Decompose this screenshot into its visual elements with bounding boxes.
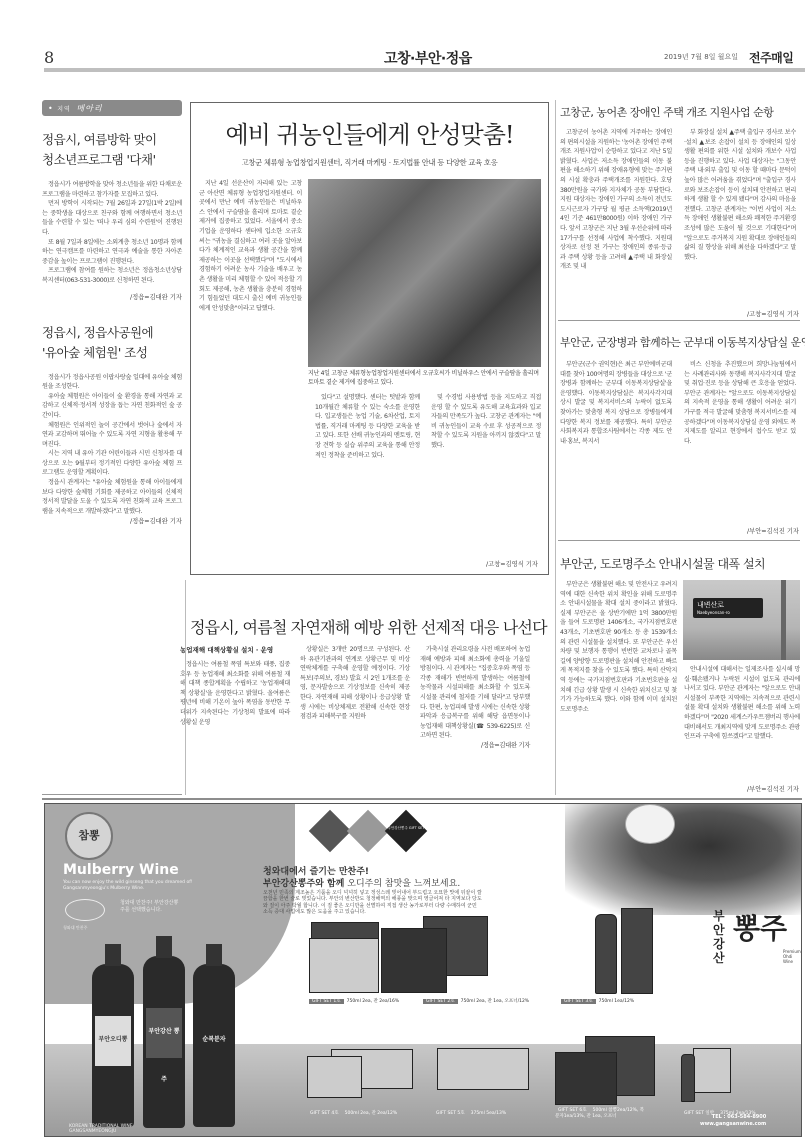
- featured-subheadline: 고창군 체류형 농업창업지원센터, 직거래 마케팅 · 토지법률 안내 등 다양…: [191, 158, 548, 168]
- gift-box: [309, 938, 379, 993]
- wine-bottle: 부안오디뽕: [92, 964, 134, 1127]
- article-body: 정읍시가 정읍사공원 이팝사랑숲 일대에 유아숲 체험원을 조성한다. 유아숲 …: [42, 373, 182, 517]
- brand-tagline: You can now enjoy the wild ginseng that …: [63, 880, 223, 892]
- article-column: 부 화장실 설치 ▲주택 출입구 경사로 보수·설치 ▲보조 손잡이 설치 등 …: [684, 128, 796, 308]
- berry-diamond-icon: [309, 810, 351, 852]
- article-column: 지난 4일 선운산이 자리해 있는 고창군 아산면 체류형 농업창업지원센터. …: [199, 179, 302, 384]
- article-column: 안내시설에 대해서는 일제조사를 실시해 망실·훼손됐거나 누락된 시설이 없도…: [684, 665, 800, 783]
- berry-diamond-icon: [347, 810, 389, 852]
- section-rule: [42, 798, 802, 800]
- gift-box: [307, 1056, 362, 1098]
- gift-set-label: GIFT SET 3호750ml 1ea/12%: [561, 998, 634, 1004]
- gift-set-label: GIFT SET 5호375ml 5ea/13%: [433, 1110, 506, 1116]
- article-column: 가축시설 관리요령을 사전 배포하여 농업재해 예방과 피해 최소화에 총력을 …: [420, 645, 530, 751]
- wine-bottle: [595, 914, 617, 994]
- page-header: 8 고창·부안·정읍 2019년 7월 8일 월요일 전주매일: [44, 40, 805, 68]
- newspaper-name: 전주매일: [749, 49, 793, 66]
- byline: /정읍=김대완 기자: [42, 516, 182, 525]
- byline: /부안=김석진 기자: [684, 784, 799, 793]
- page-number: 8: [44, 48, 54, 67]
- gift-set-label: GIFT SET 2호750ml 2ea, 잔 1ea, 오프너/12%: [423, 998, 529, 1004]
- ad-body: 오천년 민족의 계조높은 기품을 오디 넉넉히 넣고 정성스레 빚어내어 부드럽…: [263, 890, 483, 915]
- gift-set-label: GIFT SET 1호750ml 2ea, 잔 2ea/16%: [309, 998, 399, 1004]
- brand-name: Mulberry Wine: [63, 862, 179, 878]
- gift-set-label: GIFT SET 6호500ml 참뽕2ea/12%, 복분자1ea/13%, …: [555, 1108, 645, 1120]
- ad-subtitle: 부안강산뽕주와 함께 오디주의 참맛을 느껴보세요.: [263, 876, 460, 889]
- article-column: 및 수경법 사용방법 등을 지도하고 직접 운영 할 수 있도록 유도해 교육효…: [431, 393, 541, 558]
- byline: /정읍=김대완 기자: [420, 741, 530, 751]
- wine-bottle: 부안강산 뽕주: [143, 956, 185, 1128]
- article-column: 부안군(군수 권익현)은 최근 부안예비군대대를 찾아 100여명의 장병들을 …: [560, 360, 672, 535]
- region-tag: • 지역 메아리: [42, 100, 182, 116]
- article-column: [199, 393, 302, 573]
- publication-date: 2019년 7월 8일 월요일: [664, 52, 738, 62]
- gift-set-badge: [385, 810, 427, 852]
- divider: [42, 794, 182, 795]
- byline: /고창=김영식 기자: [684, 309, 799, 318]
- mascot-icon: [625, 804, 675, 844]
- article-subhead: 농업재해 대책상황실 설치 · 운영: [180, 645, 290, 654]
- gift-box: [437, 1048, 529, 1090]
- byline: /고창=김영식 기자: [486, 559, 538, 568]
- region-tag-label: 메아리: [76, 104, 102, 113]
- gift-box: [693, 1048, 731, 1093]
- featured-article: 예비 귀농인들에게 안성맞춤! 고창군 체류형 농업창업지원센터, 직거래 마케…: [190, 102, 549, 575]
- article-body: 정읍시가 여름방학을 맞아 청소년들을 위한 다채로운 프로그램을 마련하고 참…: [42, 180, 182, 286]
- maker-logo: KOREAN TRADITIONAL WINE GANGSANMYEONGJU: [69, 1124, 133, 1134]
- article-headline: 정읍시, 정읍사공원에 '유아숲 체험원' 조성: [42, 323, 182, 363]
- greenhouse-photo: [308, 179, 541, 367]
- brand-logo: 참뽕: [65, 812, 113, 860]
- column-divider: [555, 100, 556, 795]
- featured-headline: 예비 귀농인들에게 안성맞춤!: [191, 115, 548, 150]
- header-rule: [44, 68, 805, 72]
- website-link[interactable]: www.gangsanwine.com: [700, 1121, 766, 1128]
- wine-advertisement: 참뽕 Mulberry Wine You can now enjoy the w…: [44, 803, 802, 1137]
- article-headline: 정읍시, 여름철 자연재해 예방 위한 선제적 대응 나선다: [190, 615, 560, 638]
- article-headline: 정읍시, 여름방학 맞이 청소년프로그램 '다채': [42, 130, 182, 170]
- column-divider: [185, 580, 186, 795]
- article-column: 상황실은 3개반 20명으로 구성된다. 산하 유관기관과의 연계로 상황근무 …: [300, 645, 410, 722]
- gift-box: [381, 928, 447, 993]
- article-headline: 부안군, 도로명주소 안내시설물 대폭 설치: [560, 555, 800, 572]
- photo-caption: 지난 4일 고창군 체류형농업창업지원센터에서 오규호씨가 비닐하우스 안에서 …: [308, 369, 541, 387]
- blue-house-icon: [65, 899, 105, 921]
- gift-box: [555, 1052, 617, 1105]
- left-column: • 지역 메아리 정읍시, 여름방학 맞이 청소년프로그램 '다채' 정읍시가 …: [42, 100, 182, 525]
- wine-bottle: [681, 1054, 695, 1102]
- section-title: 고창·부안·정읍: [384, 48, 472, 68]
- road-sign-photo: 내변산로 Naebyeonsan-ro: [683, 580, 800, 660]
- road-sign: 내변산로 Naebyeonsan-ro: [693, 598, 763, 618]
- divider: [558, 320, 800, 321]
- divider: [558, 540, 800, 541]
- article-column: 고창군이 농어촌 지역에 거주하는 장애인의 편의시설을 지원하는 '농어촌 장…: [560, 128, 672, 318]
- gift-bag: [621, 908, 653, 994]
- bullet-icon: •: [48, 104, 57, 113]
- article-headline: 고창군, 농어촌 장애인 주택 개조 지원사업 순항: [560, 104, 800, 120]
- mulberry-photo: [565, 803, 802, 915]
- article-column: 비스 신청을 추진했으며 희망나눔팀에서는 사례관리사와 동행해 복지사각지대 …: [684, 360, 796, 525]
- calligraphy-logo: 부안강산 뽕주: [733, 914, 787, 944]
- article-column: 있다"고 설명했다. 센터는 텃밭과 함께 10개월간 체류할 수 있는 숙소를…: [315, 393, 420, 568]
- article-column: 농업재해 대책상황실 설치 · 운영 정읍시는 여름철 폭염 특보와 태풍, 집…: [180, 645, 290, 727]
- contact-info: TEL : 063-584-8900 www.gangsanwine.com: [700, 1114, 766, 1128]
- wine-bottle: 순복분자: [193, 964, 235, 1127]
- byline: /정읍=김대완 기자: [42, 292, 182, 301]
- article-headline: 부안군, 군장병과 함께하는 군부대 이동복지상담실 운영: [560, 334, 800, 350]
- gift-set-label: GIFT SET 4호500ml 2ea, 잔 2ea/12%: [307, 1110, 397, 1116]
- byline: /부안=김석진 기자: [684, 526, 799, 535]
- region-tag-small: 지역: [57, 106, 71, 113]
- blue-house-text: 청와대 만찬주! 부안강산뽕주를 선택했습니다.: [120, 900, 180, 914]
- article-column: 부안군은 생활불편 해소 및 안전사고 우려지역에 대한 신속한 위치 확인을 …: [560, 580, 677, 795]
